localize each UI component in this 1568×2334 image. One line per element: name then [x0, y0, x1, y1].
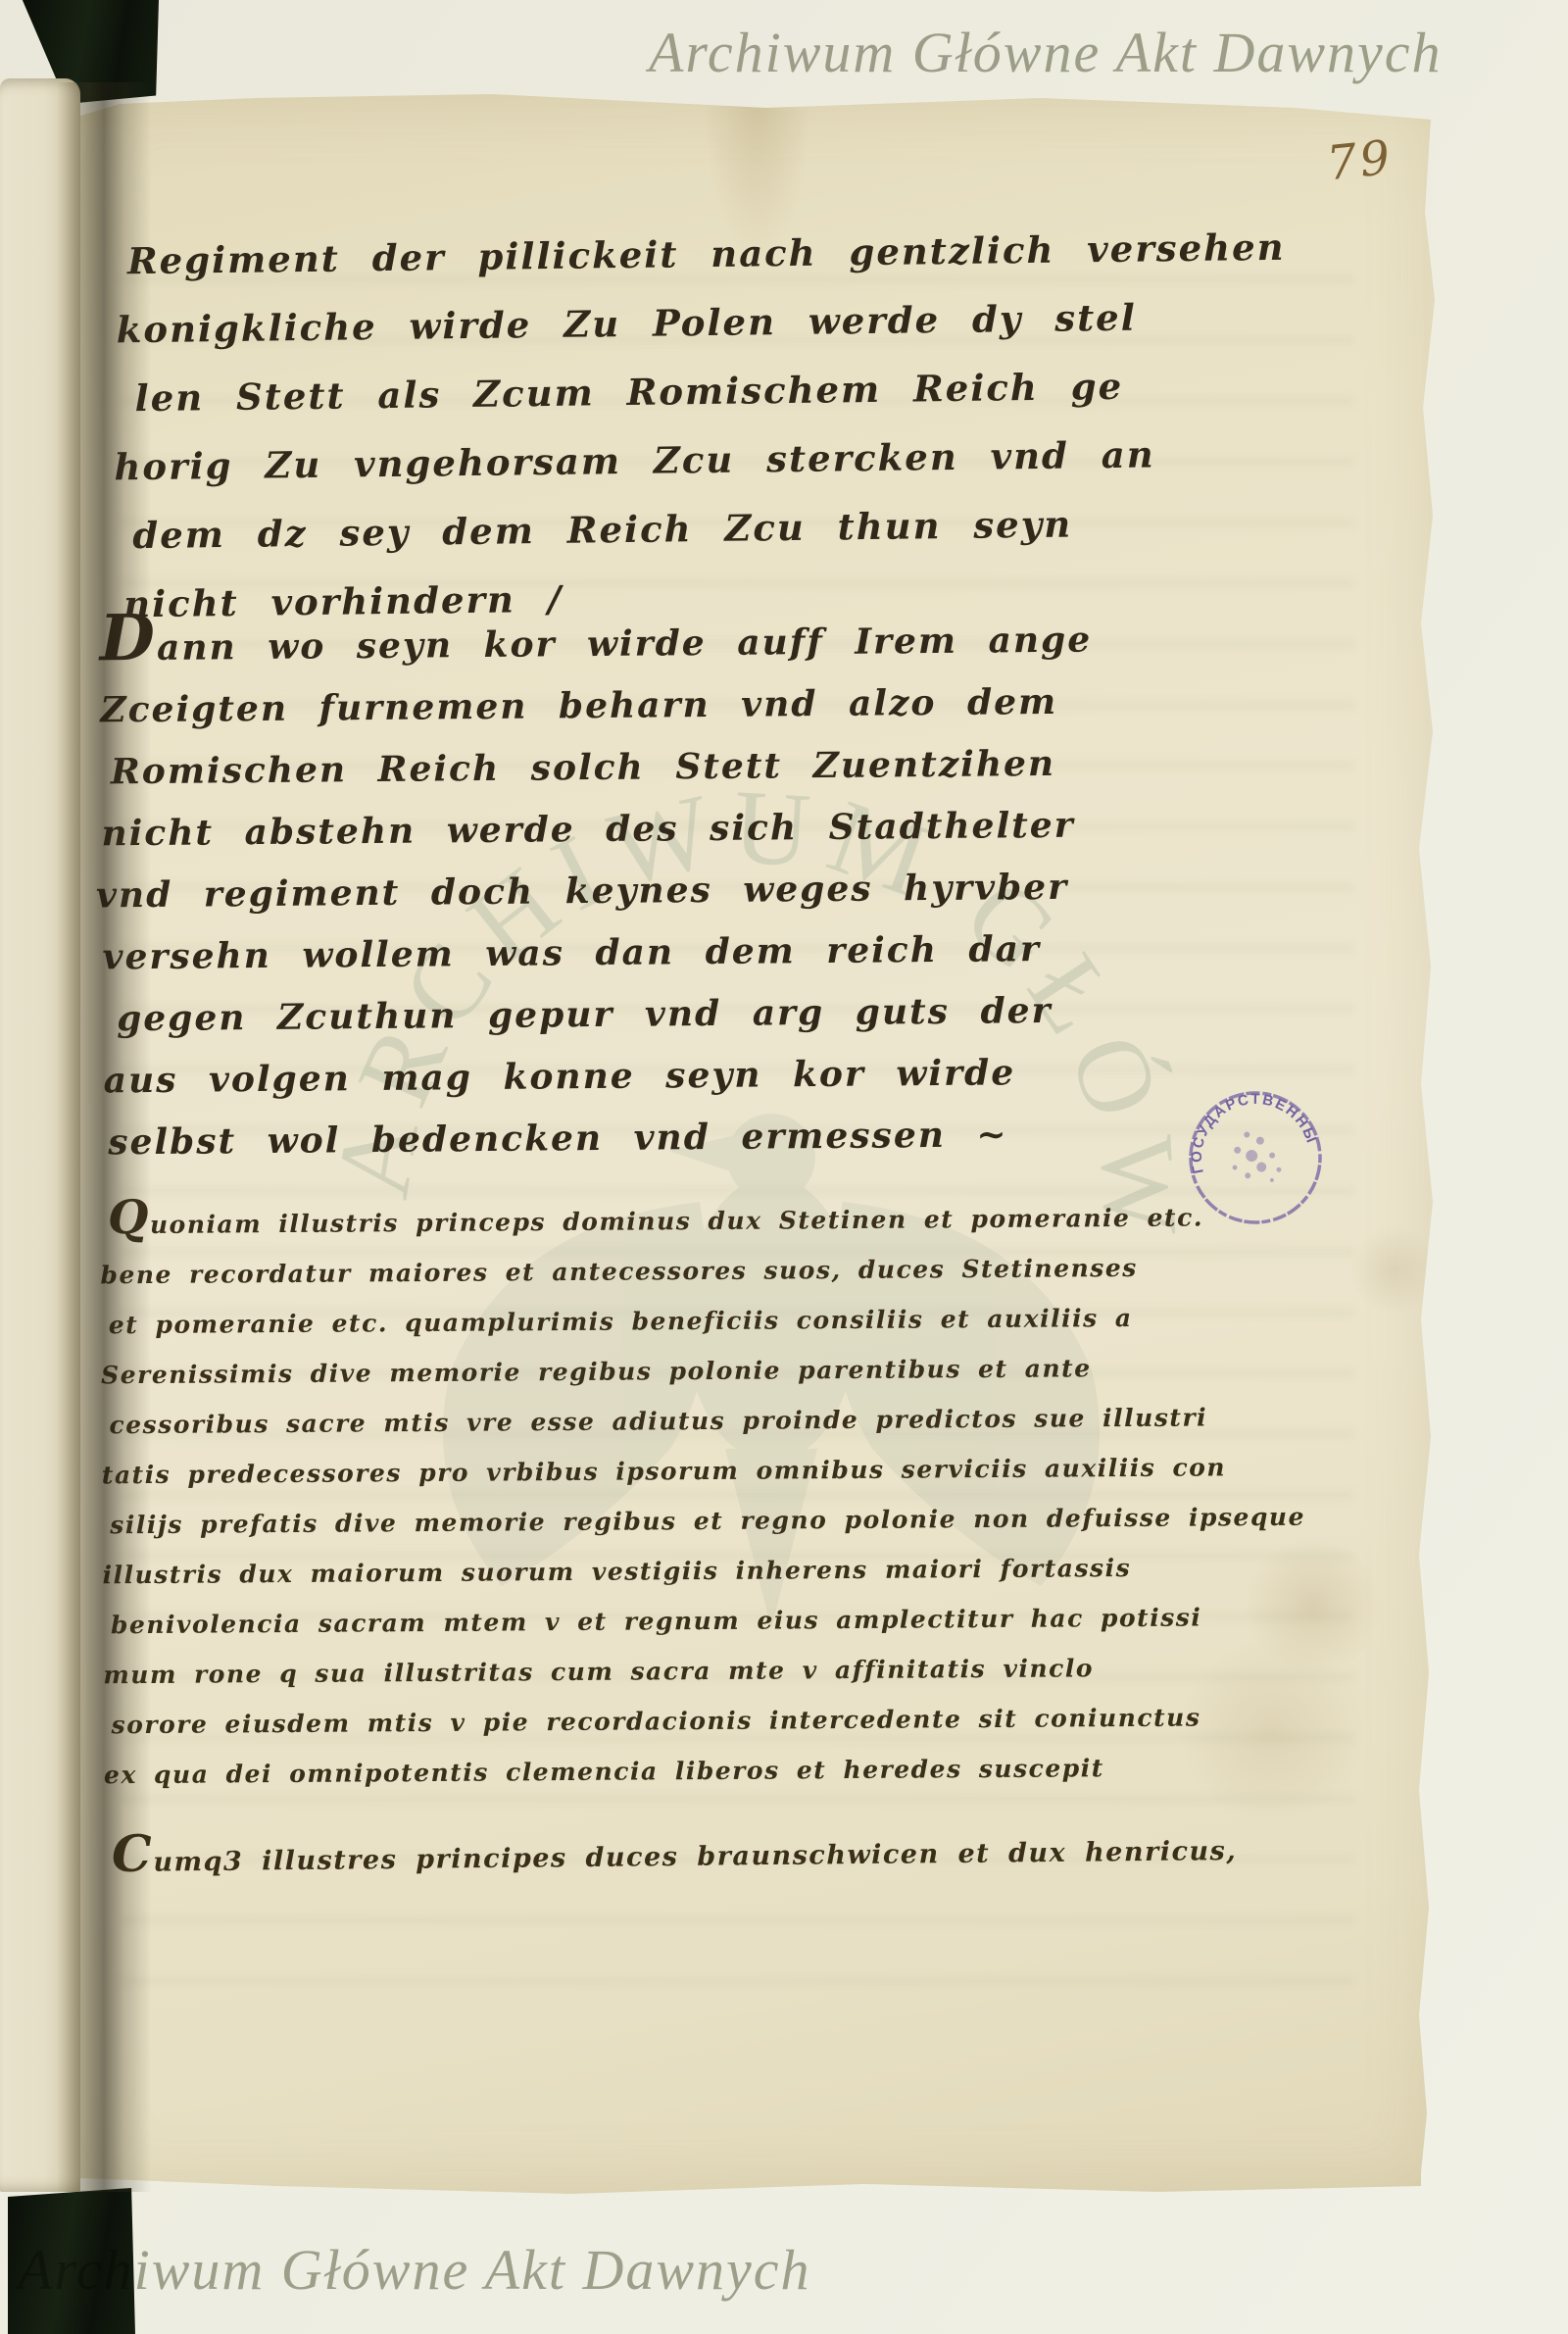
german-paragraph-2: Dann wo seyn kor wirde auff Irem ange Zc… — [100, 610, 1097, 1174]
manuscript-line: Serenissimis dive memorie regibus poloni… — [101, 1342, 1304, 1401]
manuscript-line: selbst wol bedencken vnd ermessen ~ — [108, 1104, 1097, 1174]
manuscript-line: bene recordatur maiores et antecessores … — [100, 1242, 1303, 1301]
manuscript-line: benivolencia sacram mtem v et regnum eiu… — [111, 1592, 1306, 1651]
manuscript-line: ex qua dei omnipotentis clemencia libero… — [104, 1742, 1307, 1801]
manuscript-line: sorore eiusdem mtis v pie recordacionis … — [111, 1692, 1306, 1751]
manuscript-line: cessoribus sacre mtis vre esse adiutus p… — [109, 1392, 1304, 1451]
manuscript-line: vnd regiment doch keynes weges hyrvber — [96, 857, 1095, 927]
latin-paragraph: Quoniam illustris princeps dominus dux S… — [108, 1192, 1307, 1801]
previous-page-edge — [0, 78, 80, 2192]
manuscript-line: silijs prefatis dive memorie regibus et … — [110, 1492, 1305, 1551]
watermark-bottom: Archiwum Główne Akt Dawnych — [18, 2237, 811, 2303]
manuscript-line: versehn wollem was dan dem reich dar — [102, 919, 1095, 989]
manuscript-page: ARCHIWUM GŁÓWNE 79 Regiment der pillicke… — [80, 94, 1435, 2194]
manuscript-line: gegen Zcuthun gepur vnd arg guts der — [117, 980, 1096, 1051]
archive-stamp: ГОСУДАРСТВЕННЫЙ — [1172, 1074, 1339, 1241]
manuscript-line: aus volgen mag konne seyn kor wirde — [103, 1042, 1096, 1113]
archive-stamp-emblem — [1223, 1125, 1284, 1193]
manuscript-line: illustris dux maiorum suorum vestigiis i… — [102, 1542, 1305, 1601]
manuscript-line: Zceigten furnemen beharn vnd alzo dem — [100, 671, 1093, 742]
watermark-top: Archiwum Główne Akt Dawnych — [649, 20, 1443, 85]
manuscript-line: Quoniam illustris princeps dominus dux S… — [108, 1192, 1303, 1251]
manuscript-line: nicht abstehn werde des sich Stadthelter — [101, 795, 1094, 866]
closing-line: Cumq3 illustres principes duces braunsch… — [112, 1831, 1237, 1878]
page-number: 79 — [1324, 130, 1396, 192]
scanned-manuscript-viewer: ARCHIWUM GŁÓWNE 79 Regiment der pillicke… — [0, 0, 1568, 2334]
manuscript-line: mum rone q sua illustritas cum sacra mte… — [103, 1642, 1306, 1701]
manuscript-line: Dann wo seyn kor wirde auff Irem ange — [100, 610, 1093, 680]
manuscript-line: Romischen Reich solch Stett Zuentzihen — [111, 733, 1094, 804]
manuscript-line: tatis predecessores pro vrbibus ipsorum … — [102, 1442, 1305, 1501]
manuscript-line: et pomeranie etc. quamplurimis beneficii… — [109, 1292, 1304, 1351]
german-paragraph-1: Regiment der pillickeit nach gentzlich v… — [126, 213, 1290, 638]
manuscript-line: horig Zu vngehorsam Zcu stercken vnd an — [114, 419, 1288, 502]
